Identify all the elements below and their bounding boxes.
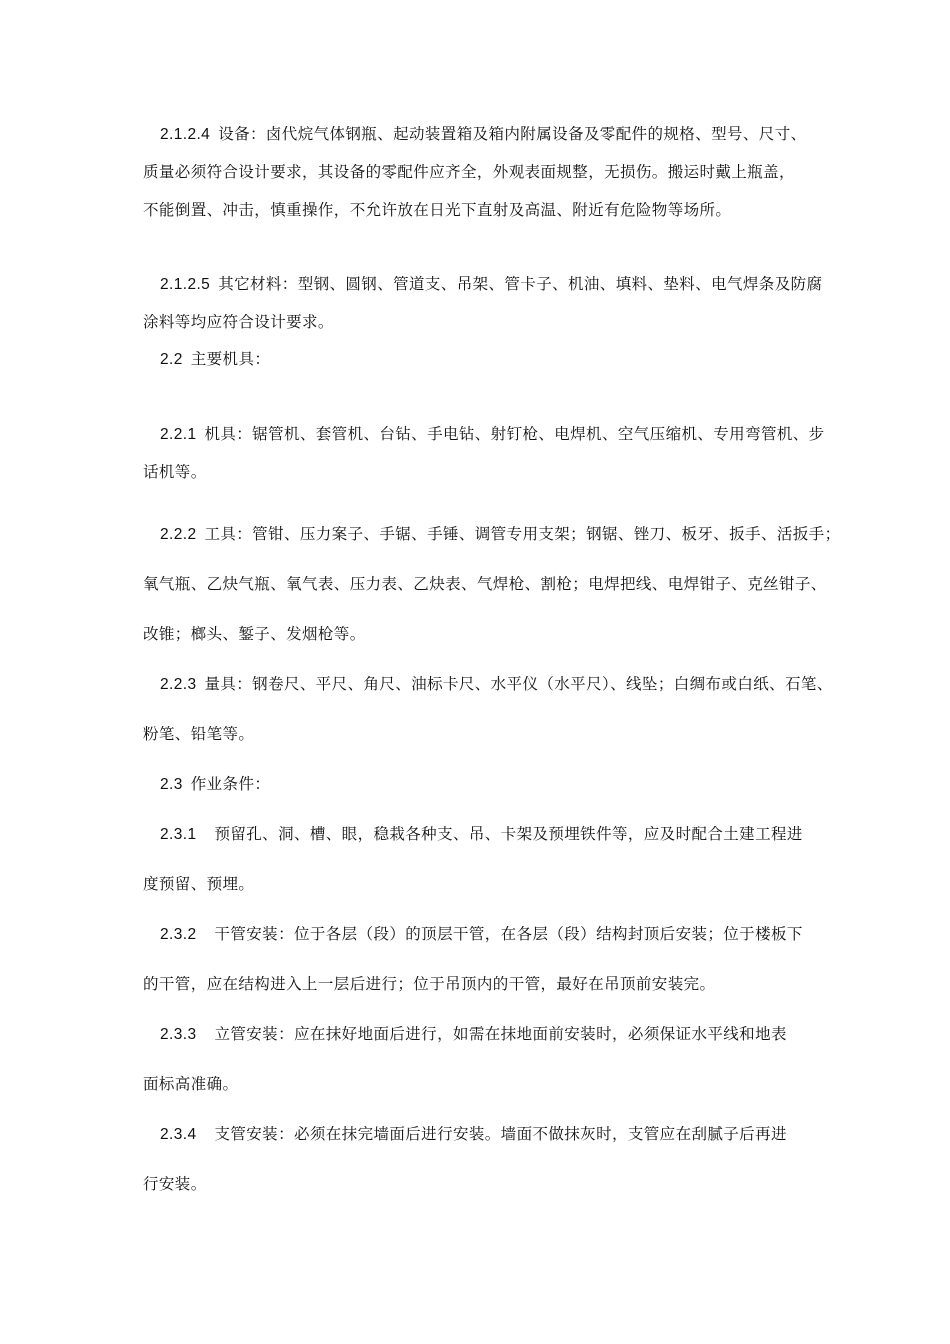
paragraph-2-3-4-line-2: 行安装。 <box>143 1174 207 1194</box>
paragraph-2-3-3-line-2: 面标高准确。 <box>143 1074 238 1094</box>
paragraph-2-2-2-line-1: 2.2.2工具：管钳、压力案子、手锯、手锤、调管专用支架；钢锯、锉刀、板牙、扳手… <box>160 524 841 545</box>
paragraph-2-2-3-line-2: 粉笔、铅笔等。 <box>143 724 254 744</box>
paragraph-text: 机具：锯管机、套管机、台钻、手电钻、射钉枪、电焊机、空气压缩机、专用弯管机、步 <box>204 425 824 443</box>
section-number: 2.1.2.4 <box>160 126 210 143</box>
paragraph-text: 工具：管钳、压力案子、手锯、手锤、调管专用支架；钢锯、锉刀、板牙、扳手、活扳手； <box>204 525 840 543</box>
paragraph-2-3-3-line-1: 2.3.3立管安装：应在抹好地面后进行，如需在抹地面前安装时，必须保证水平线和地… <box>160 1024 787 1045</box>
paragraph-text: 预留孔、洞、槽、眼，稳栽各种支、吊、卡架及预埋铁件等，应及时配合土建工程进 <box>214 825 802 843</box>
section-number: 2.3 <box>160 776 183 793</box>
paragraph-2-2-1-line-1: 2.2.1机具：锯管机、套管机、台钻、手电钻、射钉枪、电焊机、空气压缩机、专用弯… <box>160 424 825 445</box>
section-number: 2.1.2.5 <box>160 276 210 293</box>
paragraph-2-1-2-4-line-1: 2.1.2.4设备：卤代烷气体钢瓶、起动装置箱及箱内附属设备及零配件的规格、型号… <box>160 124 807 145</box>
section-number: 2.3.4 <box>160 1126 196 1143</box>
paragraph-2-3-2-line-1: 2.3.2干管安装：位于各层（段）的顶层干管，在各层（段）结构封顶后安装；位于楼… <box>160 924 803 945</box>
paragraph-2-1-2-5-line-1: 2.1.2.5其它材料：型钢、圆钢、管道支、吊架、管卡子、机油、填料、垫料、电气… <box>160 274 822 295</box>
paragraph-text: 干管安装：位于各层（段）的顶层干管，在各层（段）结构封顶后安装；位于楼板下 <box>214 925 802 943</box>
heading-text: 作业条件： <box>191 775 271 793</box>
paragraph-text: 量具：钢卷尺、平尺、角尺、油标卡尺、水平仪（水平尺）、线坠；白绸布或白纸、石笔、 <box>204 675 832 693</box>
paragraph-2-3-2-line-2: 的干管，应在结构进入上一层后进行；位于吊顶内的干管，最好在吊顶前安装完。 <box>143 974 715 994</box>
paragraph-text: 设备：卤代烷气体钢瓶、起动装置箱及箱内附属设备及零配件的规格、型号、尺寸、 <box>218 125 806 143</box>
paragraph-2-3-4-line-1: 2.3.4支管安装：必须在抹完墙面后进行安装。墙面不做抹灰时，支管应在刮腻子后再… <box>160 1124 787 1145</box>
section-number: 2.2 <box>160 351 183 368</box>
paragraph-text: 其它材料：型钢、圆钢、管道支、吊架、管卡子、机油、填料、垫料、电气焊条及防腐 <box>218 275 822 293</box>
paragraph-2-2-2-line-2: 氧气瓶、乙炔气瓶、氧气表、压力表、乙炔表、气焊枪、割枪；电焊把线、电焊钳子、克丝… <box>143 574 827 594</box>
heading-2-2: 2.2主要机具： <box>160 349 270 370</box>
paragraph-text: 立管安装：应在抹好地面后进行，如需在抹地面前安装时，必须保证水平线和地表 <box>214 1025 786 1043</box>
paragraph-2-1-2-4-line-2: 质量必须符合设计要求，其设备的零配件应齐全，外观表面规整，无损伤。搬运时戴上瓶盖… <box>143 162 795 182</box>
heading-2-3: 2.3作业条件： <box>160 774 270 795</box>
section-number: 2.3.2 <box>160 926 196 943</box>
heading-text: 主要机具： <box>191 350 271 368</box>
section-number: 2.2.2 <box>160 526 196 543</box>
section-number: 2.2.3 <box>160 676 196 693</box>
section-number: 2.2.1 <box>160 426 196 443</box>
paragraph-2-3-1-line-1: 2.3.1预留孔、洞、槽、眼，稳栽各种支、吊、卡架及预埋铁件等，应及时配合土建工… <box>160 824 803 845</box>
paragraph-2-2-3-line-1: 2.2.3量具：钢卷尺、平尺、角尺、油标卡尺、水平仪（水平尺）、线坠；白绸布或白… <box>160 674 833 695</box>
paragraph-2-1-2-4-line-3: 不能倒置、冲击，慎重操作，不允许放在日光下直射及高温、附近有危险物等场所。 <box>143 200 731 220</box>
section-number: 2.3.3 <box>160 1026 196 1043</box>
section-number: 2.3.1 <box>160 826 196 843</box>
paragraph-2-2-1-line-2: 话机等。 <box>143 462 207 482</box>
paragraph-2-2-2-line-3: 改锥；榔头、錾子、发烟枪等。 <box>143 624 366 644</box>
paragraph-2-3-1-line-2: 度预留、预埋。 <box>143 874 254 894</box>
paragraph-text: 支管安装：必须在抹完墙面后进行安装。墙面不做抹灰时，支管应在刮腻子后再进 <box>214 1125 786 1143</box>
paragraph-2-1-2-5-line-2: 涂料等均应符合设计要求。 <box>143 312 334 332</box>
